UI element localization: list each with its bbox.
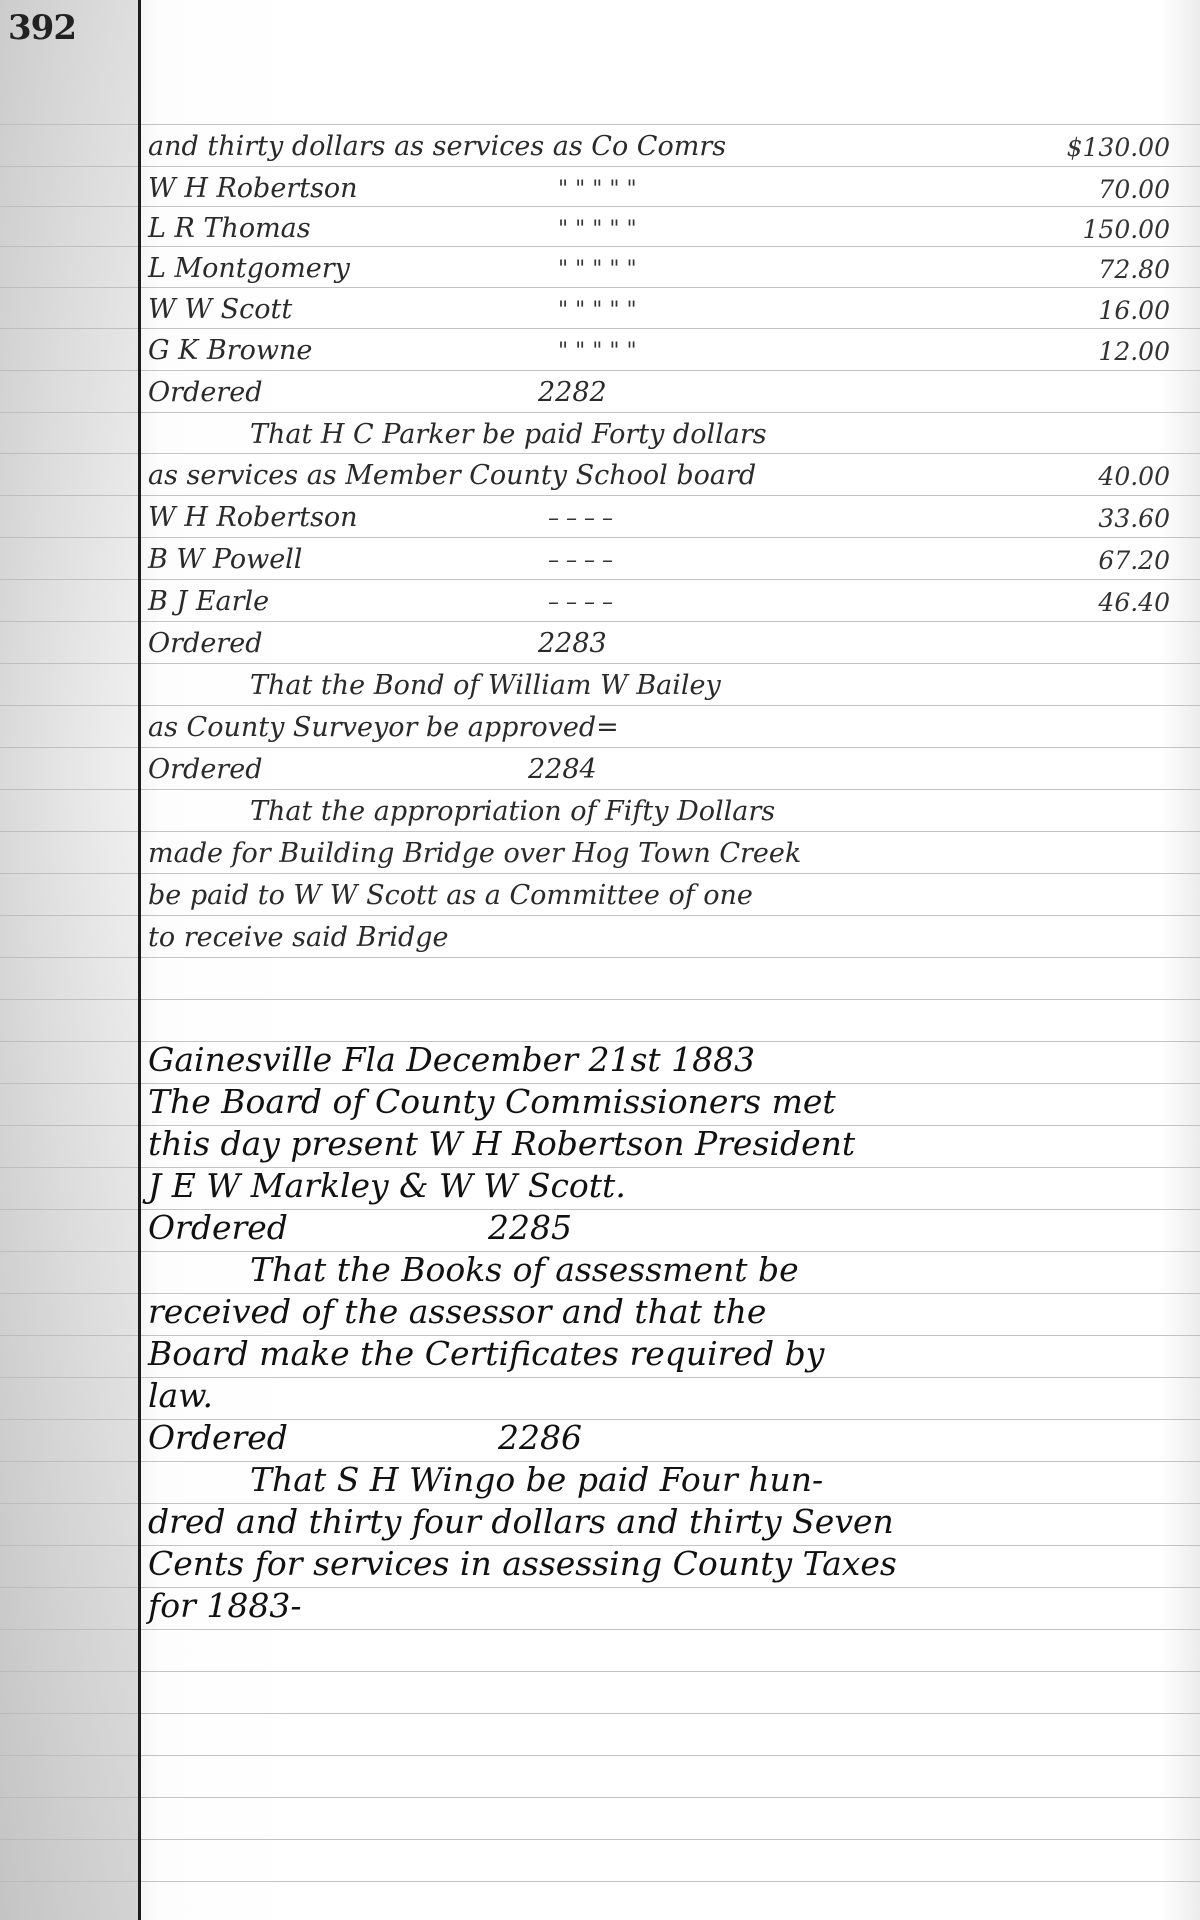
order-text-line: That the Books of assessment be bbox=[250, 1251, 1180, 1293]
ruled-line bbox=[0, 1881, 1200, 1882]
entry-line: and thirty dollars as services as Co Com… bbox=[148, 124, 1180, 166]
ditto-marks: " " " " " bbox=[558, 177, 637, 202]
order-text-line: Board make the Certificates required by bbox=[148, 1335, 1180, 1377]
ditto-marks: – – – – bbox=[548, 548, 613, 573]
order-text: That H C Parker be paid Forty dollars bbox=[250, 419, 767, 450]
ditto-marks: " " " " " bbox=[558, 298, 637, 323]
payee-name: W H Robertson bbox=[148, 502, 358, 533]
order-text-line: made for Building Bridge over Hog Town C… bbox=[148, 831, 1180, 873]
ordered-label: Ordered bbox=[148, 1418, 288, 1457]
payee-row: G K Browne " " " " " 12.00 bbox=[148, 328, 1180, 370]
order-text-line: be paid to W W Scott as a Committee of o… bbox=[148, 873, 1180, 915]
order-text: made for Building Bridge over Hog Town C… bbox=[148, 838, 801, 869]
payee-row: W W Scott " " " " " 16.00 bbox=[148, 287, 1180, 329]
order-text: as services as Member County School boar… bbox=[148, 460, 756, 491]
order-text-line: received of the assessor and that the bbox=[148, 1293, 1180, 1335]
amount: 72.80 bbox=[1098, 255, 1170, 284]
payee-row: L R Thomas " " " " " 150.00 bbox=[148, 206, 1180, 248]
amount: 150.00 bbox=[1083, 215, 1170, 244]
ditto-marks: " " " " " bbox=[558, 339, 637, 364]
order-number: 2283 bbox=[538, 628, 607, 659]
order-text-line: That H C Parker be paid Forty dollars bbox=[250, 412, 1180, 454]
order-text: That the Bond of William W Bailey bbox=[250, 670, 721, 701]
margin-line bbox=[138, 0, 141, 1920]
ordered-label: Ordered bbox=[148, 377, 262, 408]
order-text: law. bbox=[148, 1376, 213, 1415]
ditto-marks: " " " " " bbox=[558, 257, 637, 282]
order-text-line: for 1883- bbox=[148, 1587, 1180, 1629]
ruled-line bbox=[0, 1839, 1200, 1840]
ordered-label: Ordered bbox=[148, 754, 262, 785]
ruled-line bbox=[0, 1713, 1200, 1714]
payee-name: B W Powell bbox=[148, 544, 302, 575]
order-text: dred and thirty four dollars and thirty … bbox=[148, 1502, 894, 1541]
order-header: Ordered 2282 bbox=[148, 370, 1180, 412]
ruled-line bbox=[0, 1629, 1200, 1630]
order-text: to receive said Bridge bbox=[148, 922, 449, 953]
ditto-marks: " " " " " bbox=[558, 217, 637, 242]
order-text-line: to receive said Bridge bbox=[148, 915, 1180, 957]
payee-row: W H Robertson " " " " " 70.00 bbox=[148, 166, 1180, 208]
ditto-marks: – – – – bbox=[548, 506, 613, 531]
order-number: 2282 bbox=[538, 377, 607, 408]
order-text-line: That the appropriation of Fifty Dollars bbox=[250, 789, 1180, 831]
ruled-line bbox=[0, 1671, 1200, 1672]
order-number: 2284 bbox=[528, 754, 597, 785]
order-text-line: That the Bond of William W Bailey bbox=[250, 663, 1180, 705]
ordered-label: Ordered bbox=[148, 1208, 288, 1247]
order-text: for 1883- bbox=[148, 1586, 301, 1625]
order-text-line: law. bbox=[148, 1377, 1180, 1419]
payee-name: L R Thomas bbox=[148, 213, 311, 244]
ordered-label: Ordered bbox=[148, 628, 262, 659]
order-text-line: That S H Wingo be paid Four hun- bbox=[250, 1461, 1180, 1503]
amount: 40.00 bbox=[1098, 462, 1170, 491]
order-header: Ordered 2285 bbox=[148, 1209, 1180, 1251]
ruled-line bbox=[0, 1797, 1200, 1798]
payee-row: W H Robertson – – – – 33.60 bbox=[148, 495, 1180, 537]
page-number: 392 bbox=[8, 8, 76, 48]
amount: 33.60 bbox=[1098, 504, 1170, 533]
meeting-text-line: this day present W H Robertson President bbox=[148, 1125, 1180, 1167]
payee-name: L Montgomery bbox=[148, 253, 350, 284]
order-text: be paid to W W Scott as a Committee of o… bbox=[148, 880, 753, 911]
payee-name: B J Earle bbox=[148, 586, 269, 617]
order-number: 2285 bbox=[488, 1208, 572, 1247]
page-gutter-shade bbox=[0, 0, 138, 1920]
order-text: received of the assessor and that the bbox=[148, 1292, 766, 1331]
order-text-line: as County Surveyor be approved= bbox=[148, 705, 1180, 747]
amount: 12.00 bbox=[1098, 337, 1170, 366]
meeting-heading-line: Gainesville Fla December 21st 1883 bbox=[148, 1041, 1180, 1083]
ledger-page: 392 and thirty dollars as services as Co… bbox=[0, 0, 1200, 1920]
ruled-line bbox=[0, 999, 1200, 1000]
order-header: Ordered 2283 bbox=[148, 621, 1180, 663]
order-text: as County Surveyor be approved= bbox=[148, 712, 619, 743]
meeting-text: this day present W H Robertson President bbox=[148, 1124, 855, 1163]
order-text: That the Books of assessment be bbox=[250, 1250, 799, 1289]
meeting-text-line: The Board of County Commissioners met bbox=[148, 1083, 1180, 1125]
order-text-line: Cents for services in assessing County T… bbox=[148, 1545, 1180, 1587]
order-text-line: dred and thirty four dollars and thirty … bbox=[148, 1503, 1180, 1545]
payee-name: W W Scott bbox=[148, 294, 292, 325]
payee-row: L Montgomery " " " " " 72.80 bbox=[148, 246, 1180, 288]
order-text: Cents for services in assessing County T… bbox=[148, 1544, 897, 1583]
order-number: 2286 bbox=[498, 1418, 582, 1457]
order-text: That the appropriation of Fifty Dollars bbox=[250, 796, 775, 827]
order-text: Board make the Certificates required by bbox=[148, 1334, 824, 1373]
order-text: That S H Wingo be paid Four hun- bbox=[250, 1460, 823, 1499]
amount: 67.20 bbox=[1098, 546, 1170, 575]
payee-row: B J Earle – – – – 46.40 bbox=[148, 579, 1180, 621]
payee-name: W H Robertson bbox=[148, 173, 358, 204]
amount: $130.00 bbox=[1067, 133, 1170, 162]
order-header: Ordered 2286 bbox=[148, 1419, 1180, 1461]
meeting-heading: Gainesville Fla December 21st 1883 bbox=[148, 1040, 755, 1079]
ruled-line bbox=[0, 957, 1200, 958]
payee-row: B W Powell – – – – 67.20 bbox=[148, 537, 1180, 579]
meeting-text-line: J E W Markley & W W Scott. bbox=[148, 1167, 1180, 1209]
order-header: Ordered 2284 bbox=[148, 747, 1180, 789]
meeting-text: The Board of County Commissioners met bbox=[148, 1082, 836, 1121]
meeting-text: J E W Markley & W W Scott. bbox=[148, 1166, 626, 1205]
ruled-line bbox=[0, 1755, 1200, 1756]
order-text-line: as services as Member County School boar… bbox=[148, 453, 1180, 495]
amount: 46.40 bbox=[1098, 588, 1170, 617]
amount: 70.00 bbox=[1098, 175, 1170, 204]
ditto-marks: – – – – bbox=[548, 590, 613, 615]
payee-name: G K Browne bbox=[148, 335, 312, 366]
continuation-text: and thirty dollars as services as Co Com… bbox=[148, 131, 726, 162]
amount: 16.00 bbox=[1098, 296, 1170, 325]
